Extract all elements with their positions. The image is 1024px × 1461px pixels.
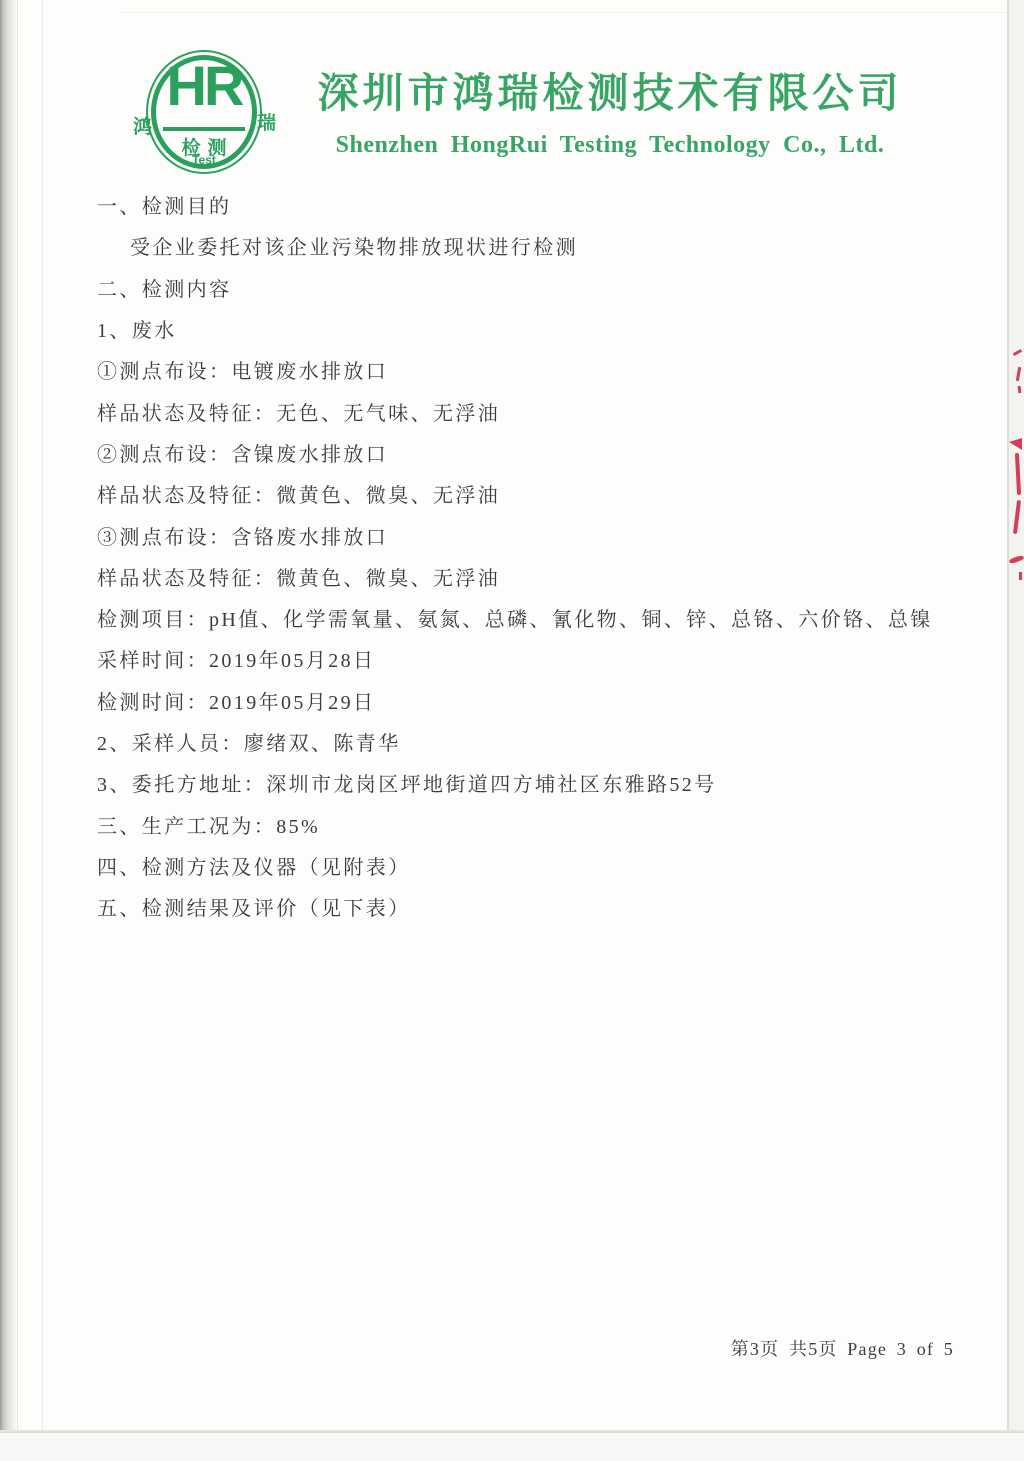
- scan-edge-right-line: [1007, 0, 1009, 1435]
- body-line: 检测时间：2019年05月29日: [97, 680, 997, 721]
- scanner-background: [0, 1433, 1024, 1461]
- document-body: 一、检测目的 受企业委托对该企业污染物排放现状进行检测 二、检测内容 1、废水 …: [97, 184, 997, 927]
- body-line: 二、检测内容: [97, 267, 997, 308]
- body-line: 检测项目：pH值、化学需氧量、氨氮、总磷、氰化物、铜、锌、总铬、六价铬、总镍: [97, 597, 997, 638]
- red-annotation-mark: [1018, 386, 1022, 393]
- body-line: 1、废水: [97, 308, 997, 349]
- scanned-document-page: HR 检测 Test 鸿 瑞 深圳市鸿瑞检测技术有限公司 Shenzhen Ho…: [0, 0, 1024, 1461]
- scan-edge-left-line: [17, 0, 18, 1461]
- company-name-cn: 深圳市鸿瑞检测技术有限公司: [280, 60, 940, 119]
- body-line: 四、检测方法及仪器（见附表）: [97, 845, 997, 886]
- body-line: 五、检测结果及评价（见下表）: [97, 886, 997, 927]
- logo-right-char: 瑞: [257, 108, 276, 135]
- letterhead: 深圳市鸿瑞检测技术有限公司 Shenzhen HongRui Testing T…: [280, 60, 940, 159]
- hr-logo: HR 检测 Test 鸿 瑞: [146, 50, 262, 174]
- scan-edge-right-shadow: [1009, 0, 1024, 1435]
- body-line: ③测点布设：含铬废水排放口: [97, 514, 997, 555]
- body-line: 样品状态及特征：无色、无气味、无浮油: [97, 390, 997, 431]
- logo-monogram: HR: [146, 58, 262, 114]
- body-line: 样品状态及特征：微黄色、微臭、无浮油: [97, 473, 997, 514]
- body-line: 受企业委托对该企业污染物排放现状进行检测: [97, 225, 997, 266]
- company-name-en: Shenzhen HongRui Testing Technology Co.,…: [280, 132, 940, 159]
- body-line: 2、采样人员：廖绪双、陈青华: [97, 721, 997, 762]
- body-line: 样品状态及特征：微黄色、微臭、无浮油: [97, 556, 997, 597]
- page-footer: 第3页 共5页 Page 3 of 5: [0, 1335, 954, 1361]
- body-line: 采样时间：2019年05月28日: [97, 638, 997, 679]
- scan-edge-top-line: [120, 12, 1014, 13]
- body-line: 三、生产工况为：85%: [97, 803, 997, 844]
- logo-divider: [163, 127, 245, 131]
- red-annotation-mark: [1009, 438, 1022, 450]
- page-number: 第3页 共5页 Page 3 of 5: [731, 1339, 954, 1359]
- body-line: ①测点布设：电镀废水排放口: [97, 349, 997, 390]
- logo-banner-en: Test: [146, 153, 262, 167]
- body-line: 3、委托方地址：深圳市龙岗区坪地街道四方埔社区东雅路52号: [97, 762, 997, 803]
- logo-left-char: 鸿: [133, 112, 152, 139]
- body-line: 一、检测目的: [97, 184, 997, 225]
- scan-edge-left-shadow: [0, 0, 17, 1461]
- body-line: ②测点布设：含镍废水排放口: [97, 432, 997, 473]
- paper-fold-line: [42, 0, 43, 1461]
- red-annotation-mark: [1019, 572, 1022, 580]
